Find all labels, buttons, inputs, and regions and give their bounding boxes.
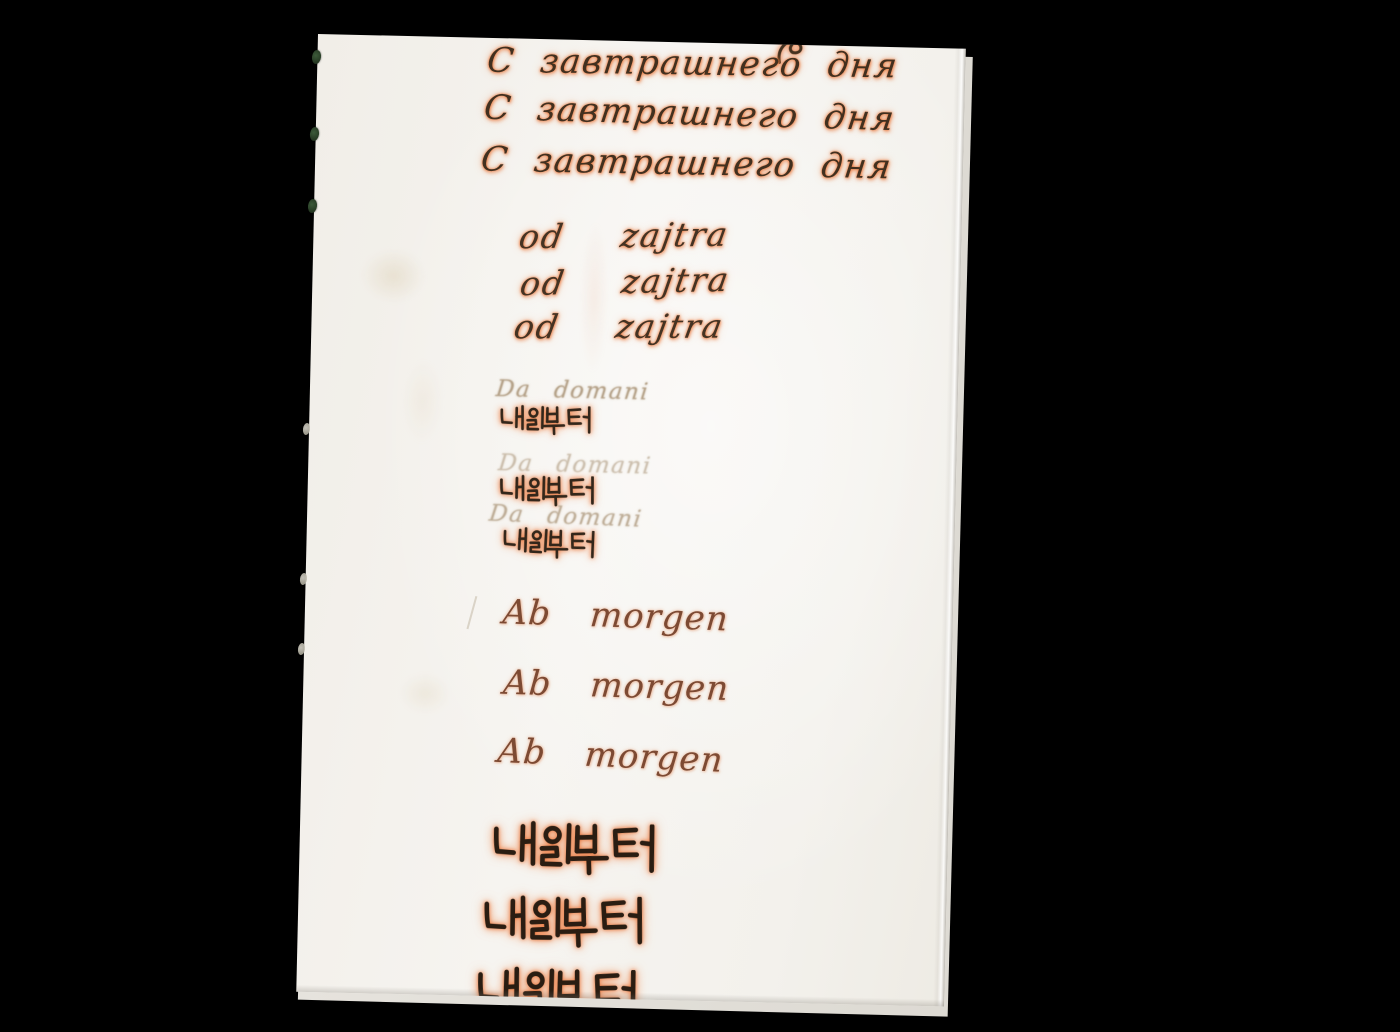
slovak-line: od zajtra bbox=[512, 310, 727, 344]
korean-small-line bbox=[497, 404, 594, 436]
russian-line: С завтрашнего дня bbox=[479, 142, 894, 184]
russian-line: С завтрашнего дня bbox=[485, 44, 900, 84]
german-line: Ab morgen bbox=[502, 666, 731, 706]
slovak-line: od zajtra bbox=[517, 218, 732, 254]
russian-line: С завтрашнего дня bbox=[482, 91, 897, 136]
german-line: Ab morgen bbox=[502, 595, 731, 636]
korean-small-line bbox=[498, 526, 600, 562]
paper-stain bbox=[399, 672, 452, 715]
paper-scratch bbox=[466, 596, 477, 629]
booklet-page: С завтрашнего дня С завтрашнего дня С за… bbox=[296, 34, 966, 1006]
paper-stain bbox=[360, 247, 427, 304]
paper-stain bbox=[401, 358, 445, 445]
korean-large-line bbox=[478, 895, 649, 949]
german-line: Ab morgen bbox=[496, 734, 725, 778]
italian-line: Da domani bbox=[495, 378, 651, 404]
slovak-line: od zajtra bbox=[518, 263, 733, 301]
korean-large-line bbox=[487, 819, 661, 877]
photo-background: С завтрашнего дня С завтрашнего дня С за… bbox=[0, 0, 1400, 1032]
